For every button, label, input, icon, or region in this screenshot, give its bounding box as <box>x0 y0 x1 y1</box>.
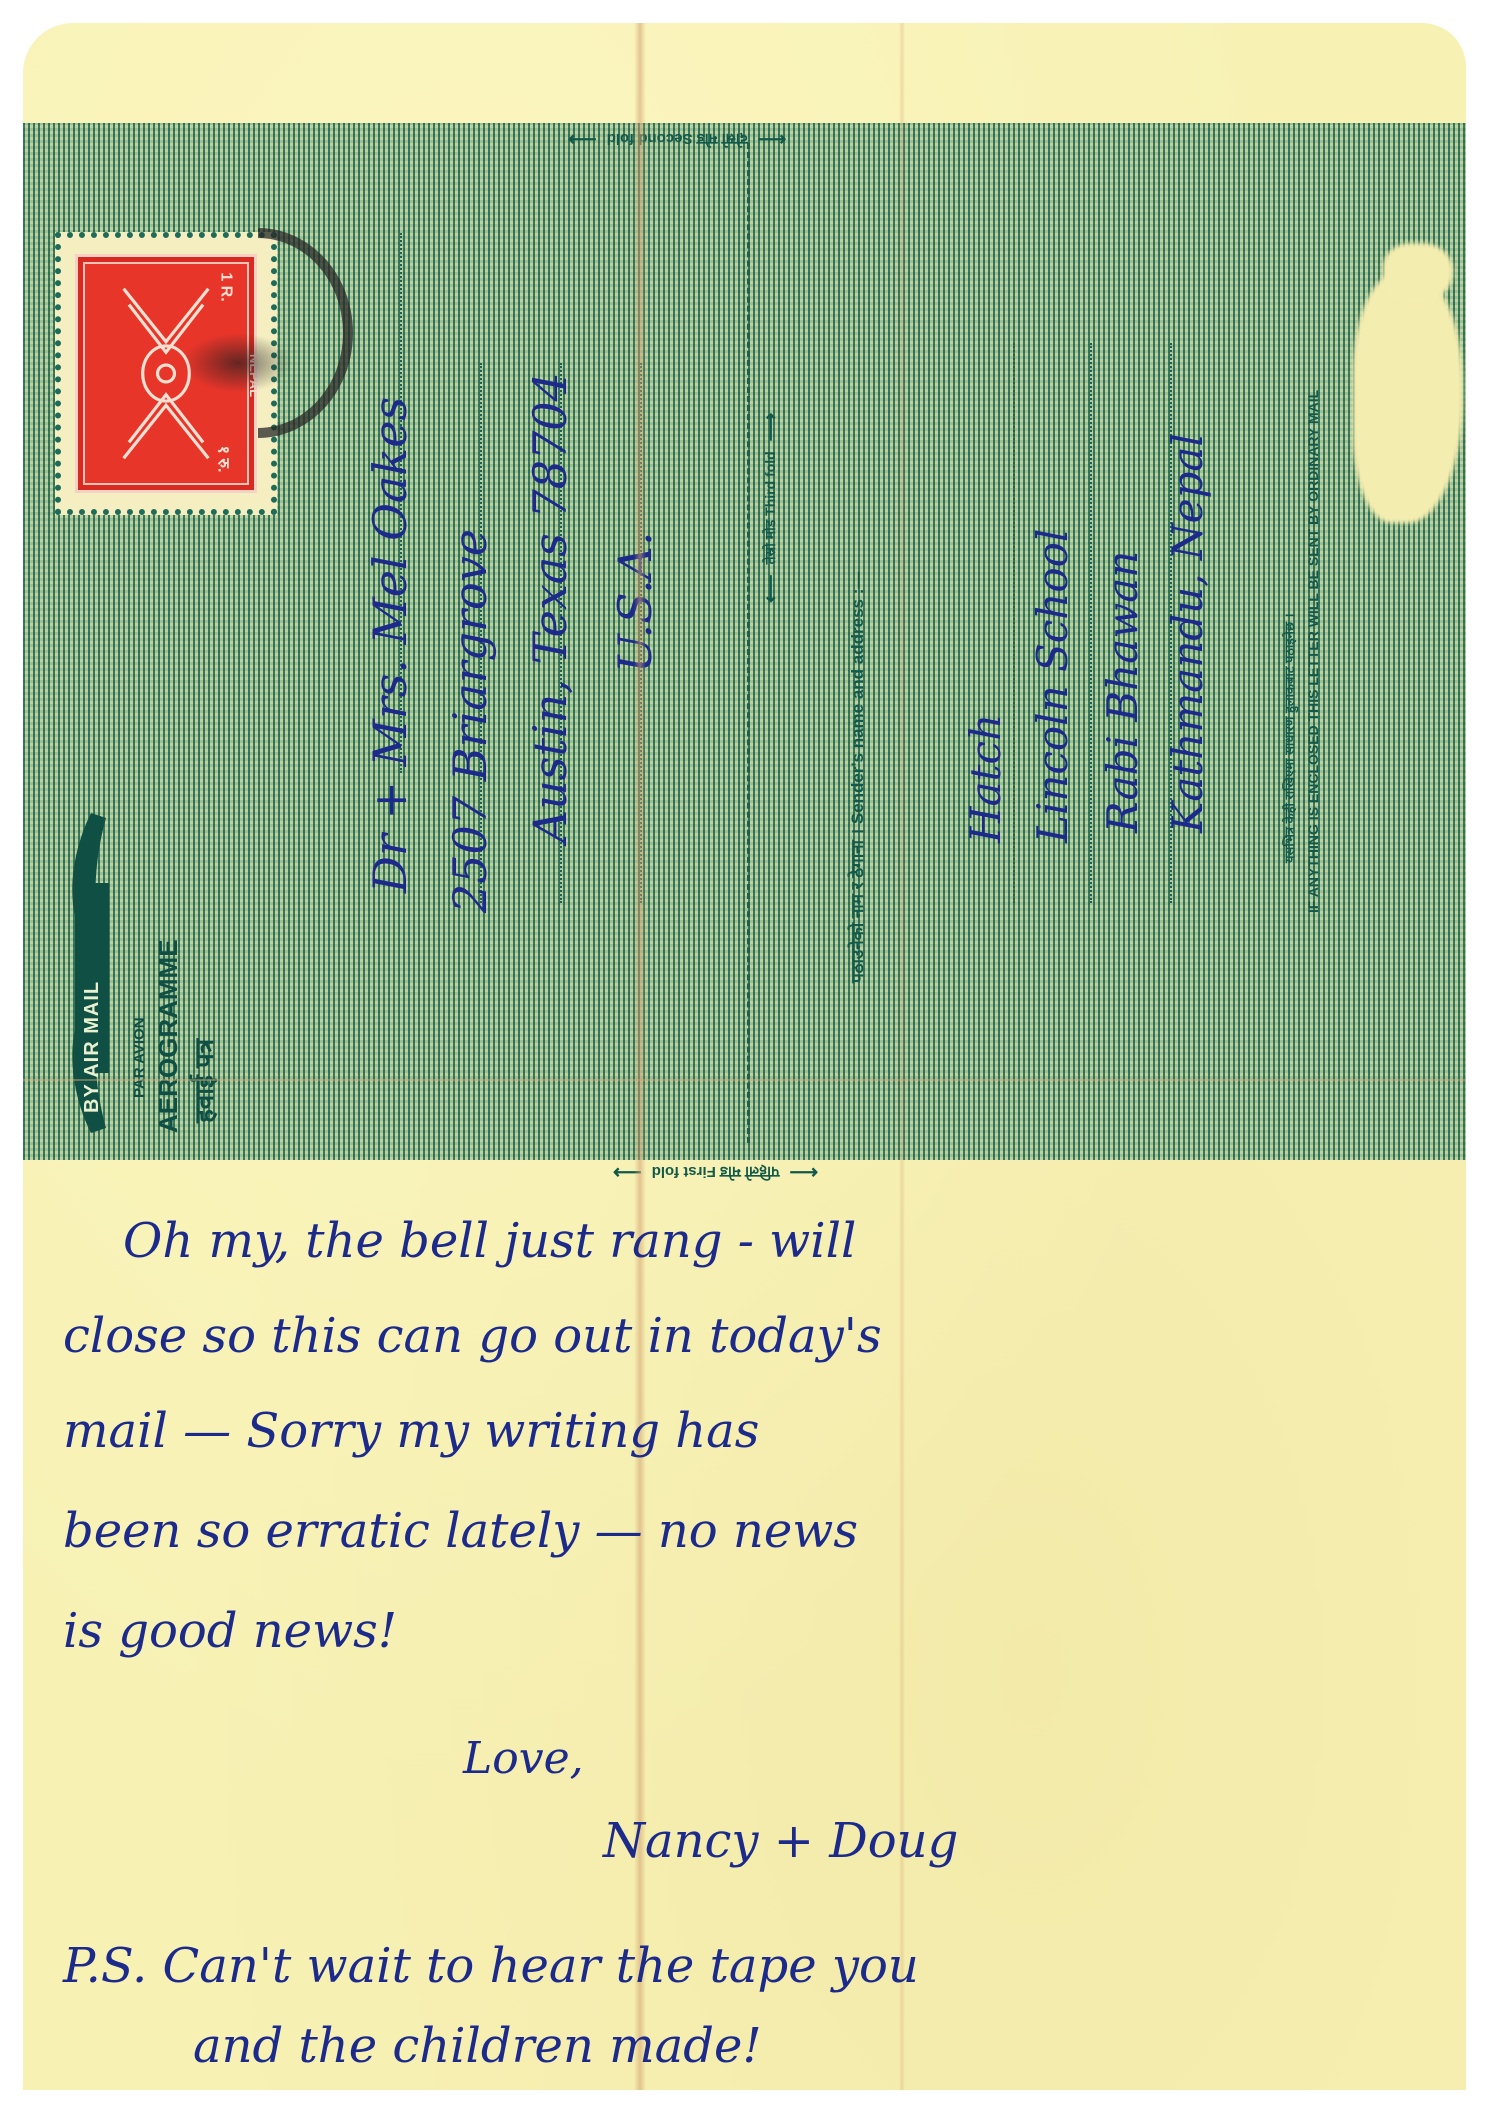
sender-city: Kathmandu, Nepal <box>1163 433 1212 833</box>
letter-line: mail — Sorry my writing has <box>63 1403 759 1459</box>
sender-name: Hatch <box>961 714 1010 843</box>
recipient-city: Austin, Texas 78704 <box>523 372 577 843</box>
arrow-left-icon: ⟵ <box>789 1160 818 1185</box>
address-rule <box>1013 343 1015 903</box>
postscript-line: P.S. Can't wait to hear the tape you <box>63 1938 919 1994</box>
postscript-line: and the children made! <box>193 2018 762 2074</box>
arrow-left-icon: ⟵ <box>758 574 783 603</box>
by-airmail-label: BY AIR MAIL <box>81 981 104 1113</box>
sender-label: पठाउनेको नाम र ठेगाना । Sender's name an… <box>845 572 868 983</box>
postmark-smudge <box>183 333 293 393</box>
second-fold-label: ⟵ दोस्रो मोड Second fold ⟶ <box>568 127 786 152</box>
sender-area: Rabi Bhawan <box>1098 551 1147 833</box>
aerogramme-sheet: ⟵ दोस्रो मोड Second fold ⟶ 1 R. <box>23 23 1466 2090</box>
letter-line: been so erratic lately — no news <box>63 1503 858 1559</box>
aerogramme-title: AEROGRAMME <box>153 939 184 1133</box>
recipient-street: 2507 Briargrove <box>443 529 497 913</box>
water-stain <box>1353 273 1463 523</box>
third-fold-label: ⟵ तेस्रो मोड Third fold ⟶ <box>758 413 783 603</box>
sender-school: Lincoln School <box>1028 529 1077 843</box>
warning-devanagari: यसभित्र केही राखिएमा साधारण हुलाकबाट पठा… <box>1280 613 1298 863</box>
fold-crease <box>899 23 905 2090</box>
arrow-right-icon: ⟶ <box>568 127 597 152</box>
arrow-right-icon: ⟶ <box>758 413 783 442</box>
arrow-left-icon: ⟵ <box>758 127 787 152</box>
par-avion-label: PAR AVION <box>131 1017 148 1098</box>
letter-signature: Nancy + Doug <box>603 1813 958 1869</box>
letter-line: close so this can go out in today's <box>63 1308 882 1364</box>
address-panel: ⟵ दोस्रो मोड Second fold ⟶ 1 R. <box>23 123 1466 1160</box>
address-rule <box>1090 343 1092 903</box>
warning-english: IF ANYTHING IS ENCLOSED THIS LETTER WILL… <box>1305 390 1321 913</box>
letter-line: is good news! <box>63 1603 397 1659</box>
letter-line: Oh my, the bell just rang - will <box>123 1213 856 1269</box>
water-stain <box>1383 243 1453 303</box>
fold-crease <box>634 23 646 2090</box>
letter-closing: Love, <box>463 1733 584 1784</box>
dashed-fold-line <box>747 143 750 1143</box>
recipient-name: Dr + Mrs. Mel Oakes <box>363 397 417 893</box>
fold-crease <box>23 1079 1466 1081</box>
